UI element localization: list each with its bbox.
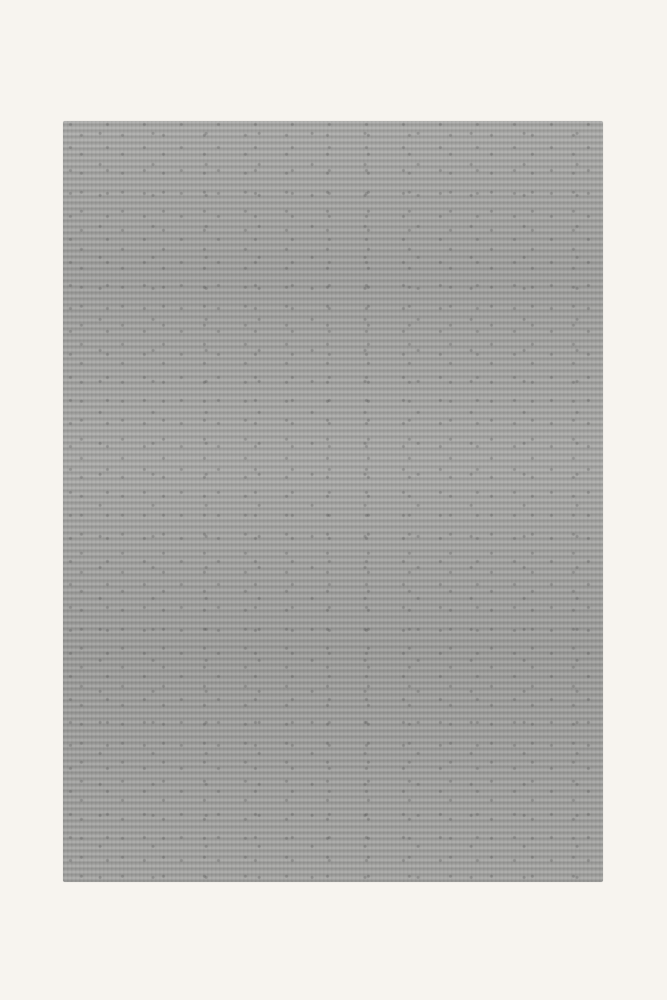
woven-rug bbox=[63, 121, 603, 882]
